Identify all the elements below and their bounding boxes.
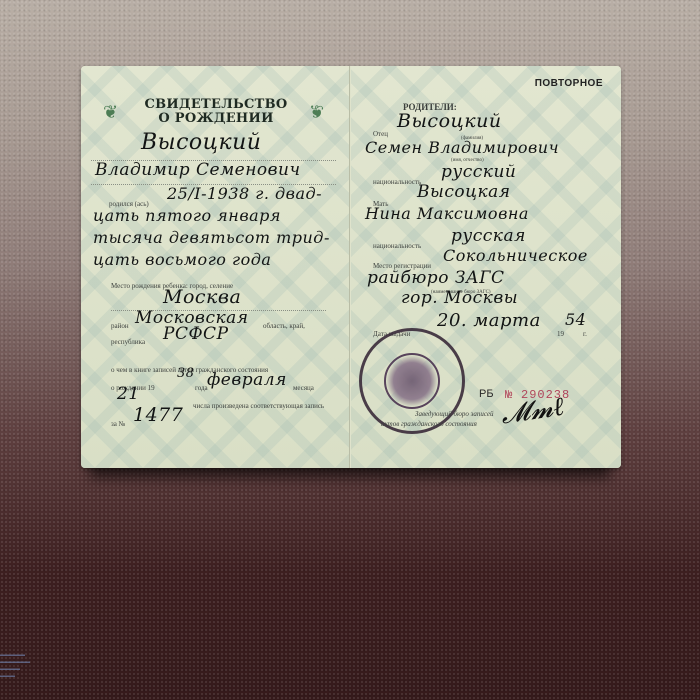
record-month-label: месяца <box>293 384 314 392</box>
issue-year: 54 <box>565 310 586 329</box>
title-line-1: СВИДЕТЕЛЬСТВО <box>121 98 311 112</box>
record-number-label: за № <box>111 420 125 428</box>
birth-certificate: ❦ ❦ СВИДЕТЕЛЬСТВО О РОЖДЕНИИ Высоцкий Вл… <box>81 66 621 468</box>
registration-line-3: гор. Москвы <box>401 288 518 308</box>
record-day: 21 <box>117 384 140 404</box>
registration-line-2: райбюро ЗАГС <box>367 268 505 288</box>
father-name: Семен Владимирович <box>365 138 559 157</box>
certificate-title: СВИДЕТЕЛЬСТВО О РОЖДЕНИИ <box>121 98 311 126</box>
mother-nationality-label: национальность <box>373 242 421 250</box>
head-title-line-1: Заведующий бюро записей <box>415 410 494 418</box>
background-blur-artifact: ▬▬▬▬▬▬▬▬▬▬▬▬▬▬▬▬▬▬ <box>0 652 70 680</box>
father-nationality: русский <box>441 162 516 182</box>
record-number: 1477 <box>133 404 183 426</box>
right-page: ПОВТОРНОЕ РОДИТЕЛИ: Отец Высоцкий (фамил… <box>351 66 621 468</box>
region-label: область, край, <box>263 322 305 330</box>
father-nationality-label: национальность <box>373 178 421 186</box>
district-label: район <box>111 322 129 330</box>
mother-nationality: русская <box>451 226 526 246</box>
registration-line-1: Сокольническое <box>443 246 588 265</box>
official-seal <box>359 328 465 434</box>
left-page: ❦ ❦ СВИДЕТЕЛЬСТВО О РОЖДЕНИИ Высоцкий Вл… <box>81 66 350 468</box>
birth-city: Москва <box>163 286 241 308</box>
birth-republic: РСФСР <box>163 324 229 344</box>
mother-name: Нина Максимовна <box>365 204 529 223</box>
republic-label: республика <box>111 338 145 346</box>
child-name-patronymic: Владимир Семенович <box>95 160 301 180</box>
seal-emblem-icon <box>384 353 440 409</box>
birth-date: 25/I-1938 г. двад- <box>167 184 322 203</box>
record-month: февраля <box>207 370 287 390</box>
issue-year-suffix: г. <box>583 330 587 338</box>
duplicate-label: ПОВТОРНОЕ <box>535 78 603 89</box>
child-surname: Высоцкий <box>141 130 261 155</box>
head-title-line-2: актов гражданского состояния <box>381 420 477 428</box>
ornament-right-icon: ❦ <box>309 102 324 123</box>
record-year-suffix: года <box>195 384 208 392</box>
mother-surname: Высоцкая <box>417 182 511 202</box>
birth-words-1: цать пятого января <box>93 206 281 225</box>
father-label: Отец <box>373 130 388 138</box>
ornament-left-icon: ❦ <box>103 102 118 123</box>
series-label: РБ <box>479 388 494 400</box>
record-year: 38 <box>177 366 195 381</box>
issue-year-prefix: 19 <box>557 330 564 338</box>
birth-words-3: цать восьмого года <box>93 250 271 269</box>
title-line-2: О РОЖДЕНИИ <box>121 112 311 126</box>
record-day-suffix: числа произведена соответствующая запись <box>193 402 324 410</box>
father-surname: Высоцкий <box>397 110 502 132</box>
issue-date: 20. марта <box>437 310 541 331</box>
birth-words-2: тысяча девятьсот трид- <box>93 228 330 247</box>
